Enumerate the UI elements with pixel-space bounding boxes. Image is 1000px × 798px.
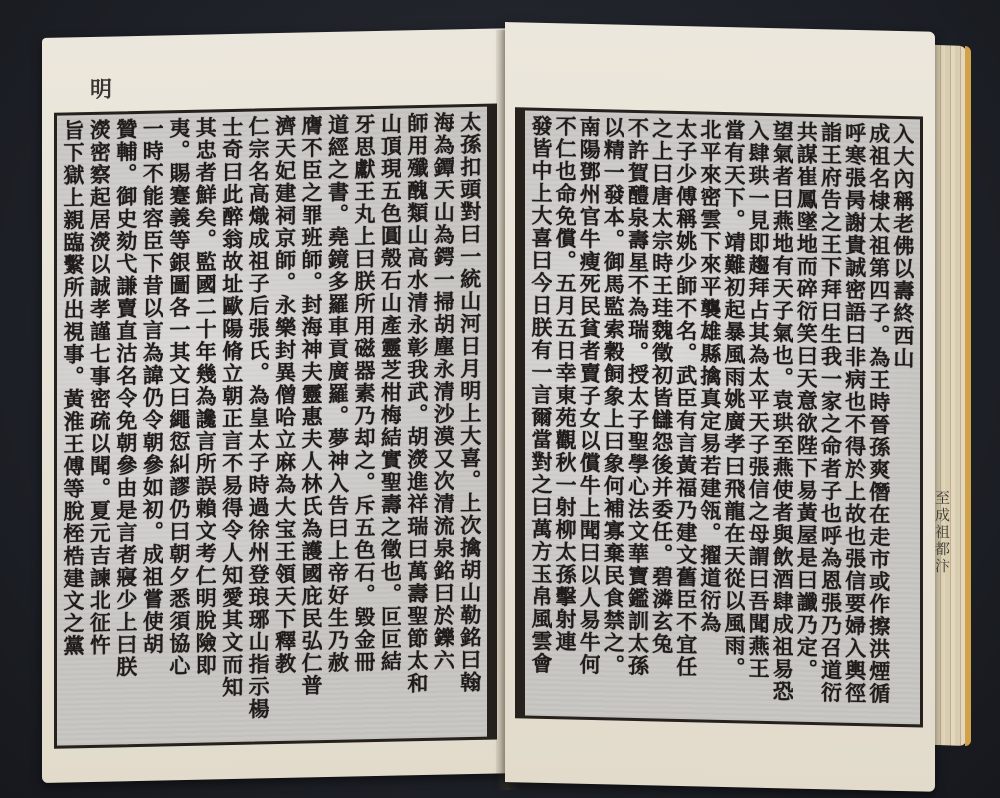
text-column: 旨下獄上親臨繫所出視事。黃淮王傅等脫桎梏建文之黨 [63,119,84,741]
text-column: 北平來密雲下來平襲雄縣擒真定易若建瓴。擢道衍為 [700,118,721,715]
left-page: 明 太孫扣頭對曰一統山河日月明上大喜。上次擒胡山勒銘曰翰 海為鐔天山為鍔一掃胡塵… [42,28,512,783]
text-columns-left: 太孫扣頭對曰一統山河日月明上大喜。上次擒胡山勒銘曰翰 海為鐔天山為鍔一掃胡塵永清… [63,111,481,742]
text-column: 不許賀醴泉壽星不為瑞。授太子聖學心法文華寶鑑訓太孫 [628,117,649,714]
text-column: 不仁也命免償。五月五日幸東苑觀秋一射柳太孫擊射連 [555,115,576,712]
text-column: 膺不臣之罪班師。封海神夫靈惠夫人林氏為護國庇民弘仁普 [301,114,322,736]
text-column: 牙思獻王丸上曰朕所用磁器素乃却之。斥五色石。毀金冊 [354,113,375,735]
text-column: 贊輔。御史劾弋謙賣直沽名令免朝參由是言者寢少上曰朕 [116,118,137,740]
text-column: 呼寒張昺謝貴誠密語曰非病也不得於上故也張信要婦入輿徑 [845,122,866,719]
text-column: 入肆珙一見即趨拜占其為太平天子張信之母謂曰吾聞燕王 [748,120,769,717]
text-column: 夷。賜蹇義等銀圖各一其文曰繩愆糾謬仍曰朝夕悉須協心 [169,117,190,739]
text-column: 太子少傅稱姚少師不名。武臣有言黃福乃建文舊臣不宜任 [676,118,697,715]
text-column: 入大內稱老佛以壽終西山 [893,123,914,720]
text-column: 海為鐔天山為鍔一掃胡塵永清沙漠又次清流泉銘曰於鑠六 [433,111,454,733]
text-column: 山頂現五色圓殼石山產靈芝柑梅結實聖壽之徵也。叵叵結 [380,112,401,734]
page-mark: 明 [90,73,112,104]
text-column: 發皆中上大喜曰今日朕有一言爾當對之曰萬方玉帛風雲會 [531,115,552,712]
text-block-right: 入大內稱老佛以壽終西山 成祖名棣太祖第四子。為王時晉孫爽僭在走市或作擦洪煙循 呼… [515,107,923,727]
text-column: 師用殲醜類山高水清永彰我武。胡濙進祥瑞曰萬壽聖節太和 [407,112,428,734]
text-column: 望氣者曰燕地有天子氣也。袁珙至燕使者與飲酒肆成祖易恐 [772,120,793,717]
text-column: 道經之書。堯鏡多羅車貢廣羅。夢神入告曰上帝好生乃赦 [328,114,349,736]
text-column: 太孫扣頭對曰一統山河日月明上大喜。上次擒胡山勒銘曰翰 [460,111,481,733]
text-column: 之上曰唐太宗時王珪魏徵初皆讎怨後并委任。碧潾玄兔 [652,117,673,714]
text-column: 成祖名棣太祖第四子。為王時晉孫爽僭在走市或作擦洪煙循 [869,122,890,719]
text-block-left: 太孫扣頭對曰一統山河日月明上大喜。上次擒胡山勒銘曰翰 海為鐔天山為鍔一掃胡塵永清… [54,103,497,748]
text-column: 其忠者鮮矣。監國二十年幾為讒言所誤賴文考仁明脫險即 [195,116,216,738]
text-column: 共謀崔鳳墜地而碎衍笑曰天意欲陛下易黃屋是曰讖乃定。 [796,121,817,718]
right-page: 入大內稱老佛以壽終西山 成祖名棣太祖第四子。為王時晉孫爽僭在走市或作擦洪煙循 呼… [505,22,935,792]
text-column: 當有天下。靖難初起暴風雨姚廣孝曰飛龍在天從以風雨。 [724,119,745,716]
text-column: 士奇曰此醉翁故址歐陽脩立朝正言不易得令人知愛其文而知 [222,116,243,738]
text-column: 濟天妃建祠京師。永樂封異僧哈立麻為大宝王領天下釋教 [275,115,296,737]
margin-note: 至成祖都汴 [932,490,953,575]
text-column: 以精一發本。御馬監索穀飼象上曰象何補寡棄民食禁之。 [603,116,624,713]
text-column: 一時不能容臣下昔以言為諱仍令朝參如初。成祖嘗使胡 [142,117,163,739]
text-column: 南陽鄧州官牛瘦死民貧者賣子女以償牛上聞曰以人易牛何 [579,116,600,713]
text-column: 仁宗名高熾成祖子后張氏。為皇太子時過徐州登琅琊山指示楊 [248,115,269,737]
text-column: 詣王府告之王下拜曰生我一家之命者子也呼為恩張乃召道衍 [821,121,842,718]
text-column: 濙密察起居濙以誠孝謹七事密疏以聞。夏元吉諫北征忤 [89,119,110,741]
text-columns-right: 入大內稱老佛以壽終西山 成祖名棣太祖第四子。為王時晉孫爽僭在走市或作擦洪煙循 呼… [531,115,914,721]
